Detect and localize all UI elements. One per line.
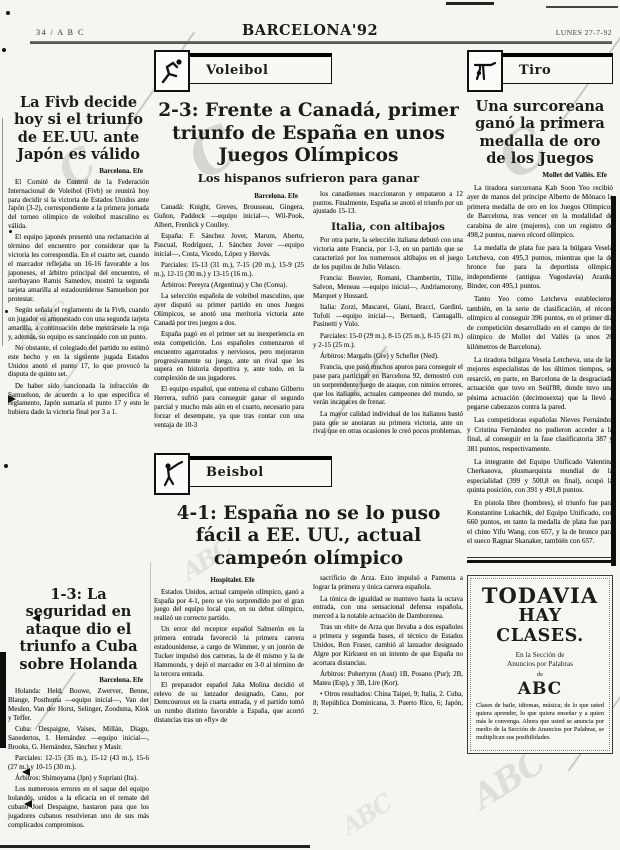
- paragraph: El preparador español Jaka Molina decidi…: [154, 681, 304, 725]
- paragraph: • Otros resultados: China Taipei, 9; Ita…: [313, 690, 463, 716]
- two-column-text: Hospitalet. Efe Estados Unidos, actual c…: [154, 574, 463, 727]
- right-column: Tiro Una surcoreana ganó la primera meda…: [467, 46, 613, 754]
- scan-mark: [2, 48, 6, 52]
- paragraph: sacrificio de Arza. Esto impulsó a Pamen…: [313, 574, 463, 592]
- byline: Mollet del Vallés. Efe: [467, 171, 607, 181]
- paragraph: La tónica de igualdad se mantuvo hasta l…: [313, 595, 463, 621]
- ad-body-text: Clases de baile, idiomas, música; de lo …: [476, 702, 604, 743]
- scan-mark: [9, 230, 12, 233]
- article-tiro-title: Una surcoreana ganó la primera medalla d…: [469, 98, 611, 168]
- article-beisbol: 4-1: España no se lo puso fácil a EE. UU…: [154, 503, 463, 728]
- article-canada-title: 2-3: Frente a Canadá, primer triunfo de …: [154, 100, 463, 168]
- byline: Barcelona. Efe: [154, 192, 298, 201]
- scan-line: [150, 562, 151, 706]
- article-canada: 2-3: Frente a Canadá, primer triunfo de …: [154, 100, 463, 439]
- paragraph: Las competidoras españolas Nieves Fernán…: [467, 416, 613, 454]
- section-banner-tiro: Tiro: [467, 50, 613, 92]
- page-title: BARCELONA'92: [0, 22, 620, 39]
- scan-mark: [5, 310, 8, 313]
- paragraph: No obstante, el colegiado del partido no…: [8, 344, 149, 379]
- paragraph: La selección española de voleibol mascul…: [154, 292, 304, 327]
- scan-arrow: [18, 768, 30, 776]
- page-date: LUNES 27-7-92: [556, 28, 612, 37]
- section-banner-voleibol: Voleibol: [154, 50, 332, 92]
- paragraph: Italia: Zorzi, Mascarei, Giani, Bracci, …: [313, 303, 463, 329]
- paragraph: Canadá: Knight, Greves, Brousseau, Ginge…: [154, 203, 304, 229]
- paragraph: Francia: Bouvier, Romani, Chambertin, Ti…: [313, 274, 463, 300]
- ad-headline-line2: HAY CLASES.: [476, 606, 604, 646]
- page-header: 34 / A B C BARCELONA'92 LUNES 27-7-92: [0, 22, 620, 42]
- paragraph: Estados Unidos, actual campeón olímpico,…: [154, 588, 304, 623]
- article-cuba-title: 1-3: La seguridad en ataque dio el triun…: [10, 586, 147, 673]
- abc-logo: ABC: [476, 679, 604, 699]
- paragraph: En pistola libre (hombres), el triunfo f…: [467, 499, 613, 547]
- paragraph: Un error del receptor español Salmerón e…: [154, 625, 304, 678]
- clasificados-ad: TODAVIA HAY CLASES. En la Sección de Anu…: [467, 575, 613, 754]
- paragraph: De haber sido sancionada la infracción d…: [8, 382, 149, 417]
- paragraph: Parciales: 15-0 (29 m.), 8-15 (25 m.), 8…: [313, 332, 463, 350]
- paragraph: Árbitros: Margalis (Gre) y Schefler (Ned…: [313, 352, 463, 361]
- pistol-shooter-icon: [467, 50, 503, 92]
- ad-headline-line1: TODAVIA: [476, 585, 604, 606]
- paragraph: Francia, que pasó muchos apuros para con…: [313, 363, 463, 407]
- paragraph: El Comité de Control de la Federación In…: [8, 178, 149, 231]
- divider-rule: [467, 557, 613, 563]
- scan-mark: [4, 464, 8, 468]
- scan-mark: [446, 2, 494, 5]
- left-edge-bar: [0, 652, 6, 748]
- paragraph: La mayor calidad individual de los itali…: [313, 410, 463, 436]
- article-tiro: Una surcoreana ganó la primera medalla d…: [467, 98, 613, 547]
- paragraph: Árbitros: Pohertynn (Aust) 1B, Posano (P…: [313, 670, 463, 688]
- paragraph: La tiradora búlgara Vesela Letcheva, una…: [467, 356, 613, 413]
- section-label: Voleibol: [190, 53, 332, 84]
- subhead-italia: Italia, con altibajos: [313, 221, 463, 233]
- ad-subline: Anuncios por Palabras: [476, 659, 604, 668]
- text-column-2: sacrificio de Arza. Esto impulsó a Pamen…: [313, 574, 463, 727]
- paragraph: Holanda: Held, Bouwe, Zwerver, Benne, Bl…: [8, 687, 149, 722]
- byline: Barcelona. Efe: [8, 167, 143, 176]
- paragraph: los canadienses reaccionaron y empataron…: [313, 190, 463, 216]
- section-label: Beisbol: [190, 456, 332, 487]
- article-canada-deck: Los hispanos sufrieron para ganar: [154, 171, 463, 185]
- text-column-1: Barcelona. Efe Canadá: Knight, Greves, B…: [154, 190, 304, 439]
- abc-watermark: ABC: [336, 788, 396, 841]
- two-column-text: Barcelona. Efe Canadá: Knight, Greves, B…: [154, 190, 463, 439]
- paragraph: El equipo japonés presentó una reclamaci…: [8, 233, 149, 304]
- article-fivb-title: La Fivb decide hoy si el triunfo de EE.U…: [10, 94, 147, 164]
- byline: Barcelona. Efe: [8, 676, 143, 685]
- text-column-2: los canadienses reaccionaron y empataron…: [313, 190, 463, 439]
- paragraph: Cuba: Despaigne, Vaises, Millán, Diago, …: [8, 725, 149, 751]
- section-label: Tiro: [503, 53, 613, 84]
- paragraph: La integrante del Equipo Unificado Valen…: [467, 458, 613, 496]
- paragraph: La medalla de plata fue para la búlgara …: [467, 244, 613, 292]
- ad-subline: En la Sección de: [476, 650, 604, 659]
- byline: Hospitalet. Efe: [154, 576, 304, 585]
- header-rule: [30, 41, 612, 44]
- scan-arrow: [8, 395, 20, 403]
- paragraph: La tiradora surcoreana Kab Soon Yeo reci…: [467, 184, 613, 241]
- text-column-1: Hospitalet. Efe Estados Unidos, actual c…: [154, 574, 304, 727]
- paragraph: El equipo español, que entrena el cubano…: [154, 385, 304, 429]
- ad-de: de: [476, 671, 604, 678]
- newspaper-page: ABC ABC ABC ABC ABC C C C 34 / A B C BAR…: [0, 0, 620, 850]
- middle-column: Voleibol 2-3: Frente a Canadá, primer tr…: [154, 46, 463, 727]
- paragraph: España: F. Sánchez Jover, Marum, Aberto,…: [154, 232, 304, 258]
- paragraph: España pagó en el primer set su inexperi…: [154, 330, 304, 383]
- scan-arrow: [20, 800, 32, 808]
- scan-arrow: [28, 614, 40, 622]
- section-banner-beisbol: Beisbol: [154, 453, 332, 495]
- paragraph: Por otra parte, la selección italiana de…: [313, 236, 463, 271]
- article-beisbol-title: 4-1: España no se lo puso fácil a EE. UU…: [154, 503, 463, 571]
- scan-line: [2, 118, 3, 346]
- paragraph: Según señala el reglamento de la Fivb, c…: [8, 306, 149, 341]
- paragraph: Tras un «hit» de Arza que llevaba a dos …: [313, 623, 463, 667]
- left-column: La Fivb decide hoy si el triunfo de EE.U…: [8, 90, 149, 846]
- paragraph: Parciales: 15-13 (31 m.), 7-15 (20 m.), …: [154, 261, 304, 279]
- scan-mark: [546, 6, 618, 8]
- paragraph: Árbitros: Pereyra (Argentina) y Cho (Cor…: [154, 281, 304, 290]
- baseball-batter-icon: [154, 453, 190, 495]
- scan-mark: [6, 11, 10, 15]
- right-edge-bar: [611, 196, 616, 566]
- bottom-rule: [0, 845, 310, 848]
- volleyball-player-icon: [154, 50, 190, 92]
- paragraph: Tanto Yeo como Letcheva establecieron ta…: [467, 295, 613, 352]
- article-fivb: La Fivb decide hoy si el triunfo de EE.U…: [8, 90, 149, 420]
